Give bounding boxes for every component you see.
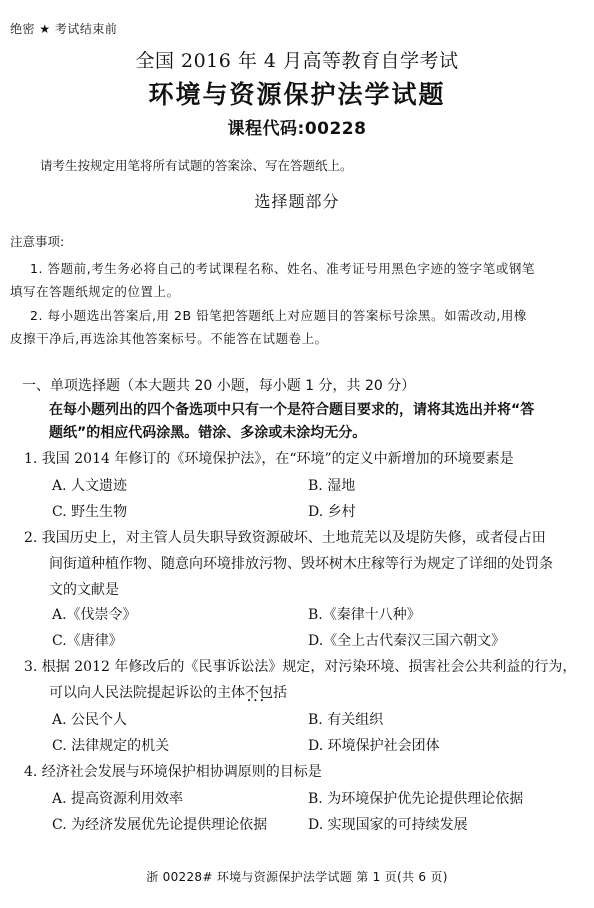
question-1-option-c: C. 野生生物 — [52, 501, 127, 521]
part-one-desc-line-2: 题纸”的相应代码涂黑。错涂、多涂或未涂均无分。 — [49, 422, 366, 442]
exam-session-line: 全国 2016 年 4 月高等教育自学考试 — [0, 46, 594, 73]
question-4-option-a: A. 提高资源利用效率 — [52, 788, 183, 808]
note-2-line-1: 2. 每小题选出答案后,用 2B 铅笔把答题纸上对应题目的答案标号涂黑。如需改动… — [30, 306, 527, 324]
exam-title: 环境与资源保护法学试题 — [0, 75, 594, 111]
note-1-line-2: 填写在答题纸规定的位置上。 — [10, 282, 180, 300]
note-2-line-2: 皮擦干净后,再选涂其他答案标号。不能答在试题卷上。 — [10, 329, 328, 347]
confidential-label: 绝密 ★ 考试结束前 — [10, 20, 117, 37]
question-3-stem-text: 可以向人民法院提起诉讼的主体 — [49, 685, 245, 701]
question-4-option-b: B. 为环境保护优先论提供理论依据 — [308, 788, 523, 808]
general-instruction: 请考生按规定用笔将所有试题的答案涂、写在答题纸上。 — [40, 156, 353, 174]
question-2-option-c: C.《唐律》 — [52, 630, 123, 650]
question-2-stem-line-2: 间街道种植作物、随意向环境排放污物、毁坏树木庄稼等行为规定了详细的处罚条 — [49, 553, 553, 573]
question-3-option-c: C. 法律规定的机关 — [52, 735, 169, 755]
question-1-option-d: D. 乡村 — [308, 501, 356, 521]
note-1-line-1: 1. 答题前,考生务必将自己的考试课程名称、姓名、准考证号用黑色字迹的签字笔或钢… — [30, 259, 535, 277]
question-3-emphasis: 不包括 — [245, 682, 287, 702]
question-3-stem-line-2: 可以向人民法院提起诉讼的主体不包括 — [49, 682, 287, 702]
question-1-option-a: A. 人文遗迹 — [52, 475, 127, 495]
question-2-stem-line-3: 文的文献是 — [49, 579, 119, 599]
part-one-desc-line-1: 在每小题列出的四个备选项中只有一个是符合题目要求的，请将其选出并将“答 — [49, 399, 534, 419]
question-3-option-a: A. 公民个人 — [52, 709, 127, 729]
question-4-option-c: C. 为经济发展优先论提供理论依据 — [52, 814, 267, 834]
question-4-option-d: D. 实现国家的可持续发展 — [308, 814, 468, 834]
question-4-stem: 4. 经济社会发展与环境保护相协调原则的目标是 — [24, 761, 322, 781]
course-code: 课程代码:00228 — [0, 114, 594, 139]
page-footer: 浙 00228# 环境与资源保护法学试题 第 1 页(共 6 页) — [0, 868, 594, 885]
question-3-stem-line-1: 3. 根据 2012 年修改后的《民事诉讼法》规定，对污染环境、损害社会公共利益… — [24, 656, 576, 676]
question-3-option-b: B. 有关组织 — [308, 709, 383, 729]
question-1-stem: 1. 我国 2014 年修订的《环境保护法》，在“环境”的定义中新增加的环境要素… — [24, 448, 514, 468]
notes-heading: 注意事项: — [10, 232, 64, 250]
question-2-stem-line-1: 2. 我国历史上，对主管人员失职导致资源破坏、土地荒芜以及堤防失修，或者侵占田 — [24, 527, 546, 547]
part-one-heading: 一、单项选择题（本大题共 20 小题，每小题 1 分，共 20 分） — [22, 375, 415, 395]
question-3-option-d: D. 环境保护社会团体 — [308, 735, 440, 755]
question-1-option-b: B. 湿地 — [308, 475, 355, 495]
section-title: 选择题部分 — [0, 189, 594, 212]
question-2-option-b: B.《秦律十八种》 — [308, 604, 421, 624]
question-2-option-d: D.《全上古代秦汉三国六朝文》 — [308, 630, 505, 650]
question-2-option-a: A.《伐崇令》 — [52, 604, 137, 624]
